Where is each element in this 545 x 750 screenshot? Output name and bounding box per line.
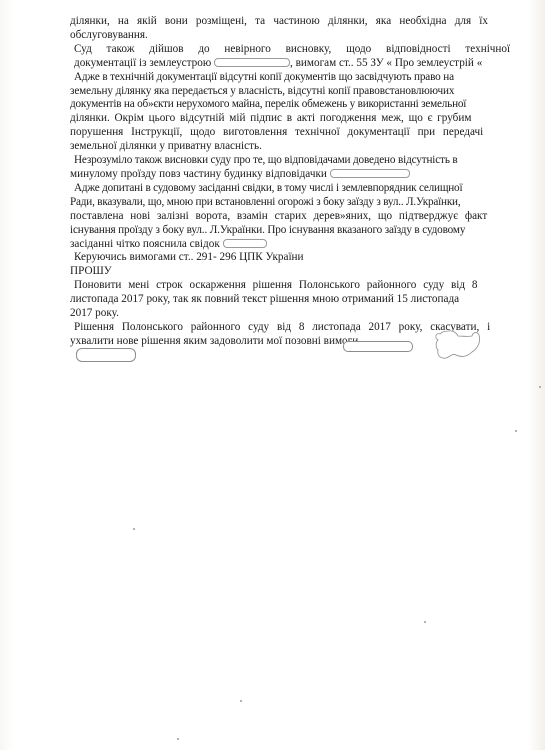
text-line: Поновити мені строк оскарження рішення П…	[70, 279, 488, 293]
text-line: листопада 2017 року, так як повний текст…	[70, 293, 488, 307]
scan-speck	[424, 621, 426, 623]
paragraph-6: Керуючись вимогами ст.. 291- 296 ЦПК Укр…	[70, 251, 488, 265]
text-line: існування проїзду з боку вул.. Л.Українк…	[70, 224, 488, 238]
paragraph-2: Суд також дійшов до невірного висновку, …	[70, 43, 488, 71]
text-line: минулому проїзду повз частину будинку ві…	[70, 168, 488, 182]
text-line: земельної ділянки у приватну власність.	[70, 140, 488, 154]
text-fragment: документації із землеустрою	[74, 57, 211, 69]
paragraph-8: Рішення Полонського районного суду від 8…	[70, 321, 488, 349]
text-line: Рішення Полонського районного суду від 8…	[70, 321, 488, 335]
text-line: Адже допитані в судовому засіданні свідк…	[70, 182, 488, 196]
text-fragment: минулому проїзду повз частину будинку ві…	[70, 168, 327, 180]
text-line: обслуговування.	[70, 29, 488, 43]
paragraph-4: Незрозуміло також висновки суду про те, …	[70, 154, 488, 182]
paragraph-7: Поновити мені строк оскарження рішення П…	[70, 279, 488, 321]
scan-speck	[177, 738, 179, 740]
redacted-witness-name	[223, 239, 267, 248]
redacted-surveyor-name	[214, 58, 290, 67]
text-line: Ради, вказували, що, мною при встановлен…	[70, 196, 488, 210]
request-heading: ПРОШУ	[70, 265, 488, 279]
text-line: Суд також дійшов до невірного висновку, …	[70, 43, 488, 57]
scan-speck	[240, 700, 242, 702]
paragraph-5: Адже допитані в судовому засіданні свідк…	[70, 182, 488, 252]
redacted-signer-name	[343, 341, 413, 352]
text-line: Незрозуміло також висновки суду про те, …	[70, 154, 488, 168]
text-fragment: , вимогам ст.. 55 ЗУ « Про землеустрій «	[290, 57, 482, 69]
scan-speck	[539, 386, 541, 388]
redacted-defendant-name	[330, 169, 410, 178]
paragraph-1: ділянки,наякійвонирозміщені,тачастиноюді…	[70, 15, 488, 43]
redacted-date	[76, 348, 136, 362]
text-line: порушення Інструкції, щодо виготовлення …	[70, 126, 488, 140]
text-line: поставлена нові залізні ворота, взамін с…	[70, 210, 488, 224]
text-line: ухвалити нове рішення яким задоволити мо…	[70, 335, 488, 349]
text-fragment: засіданні чітко пояснила свідок	[70, 238, 220, 250]
text-line: 2017 року.	[70, 307, 488, 321]
heading-text: ПРОШУ	[70, 265, 488, 279]
scan-speck	[133, 528, 135, 530]
text-line: Керуючись вимогами ст.. 291- 296 ЦПК Укр…	[70, 251, 488, 265]
scanned-page: ділянки,наякійвонирозміщені,тачастиноюді…	[0, 0, 545, 750]
scan-speck	[515, 430, 517, 432]
text-line: земельну ділянку яка передається у власн…	[70, 85, 488, 99]
text-line: ділянки,наякійвонирозміщені,тачастиноюді…	[70, 15, 488, 29]
text-line: ділянки. Окрім цього відсутній мій підпи…	[70, 112, 488, 126]
document-body: ділянки,наякійвонирозміщені,тачастиноюді…	[70, 15, 488, 349]
text-line: Адже в технічній документації відсутні к…	[70, 71, 488, 85]
paragraph-3: Адже в технічній документації відсутні к…	[70, 71, 488, 154]
text-line: документів на об»єкти нерухомого майна, …	[70, 98, 488, 112]
text-line: документації із землеустрою , вимогам ст…	[70, 57, 488, 71]
redacted-signature	[432, 328, 482, 362]
text-line: засіданні чітко пояснила свідок	[70, 238, 488, 252]
